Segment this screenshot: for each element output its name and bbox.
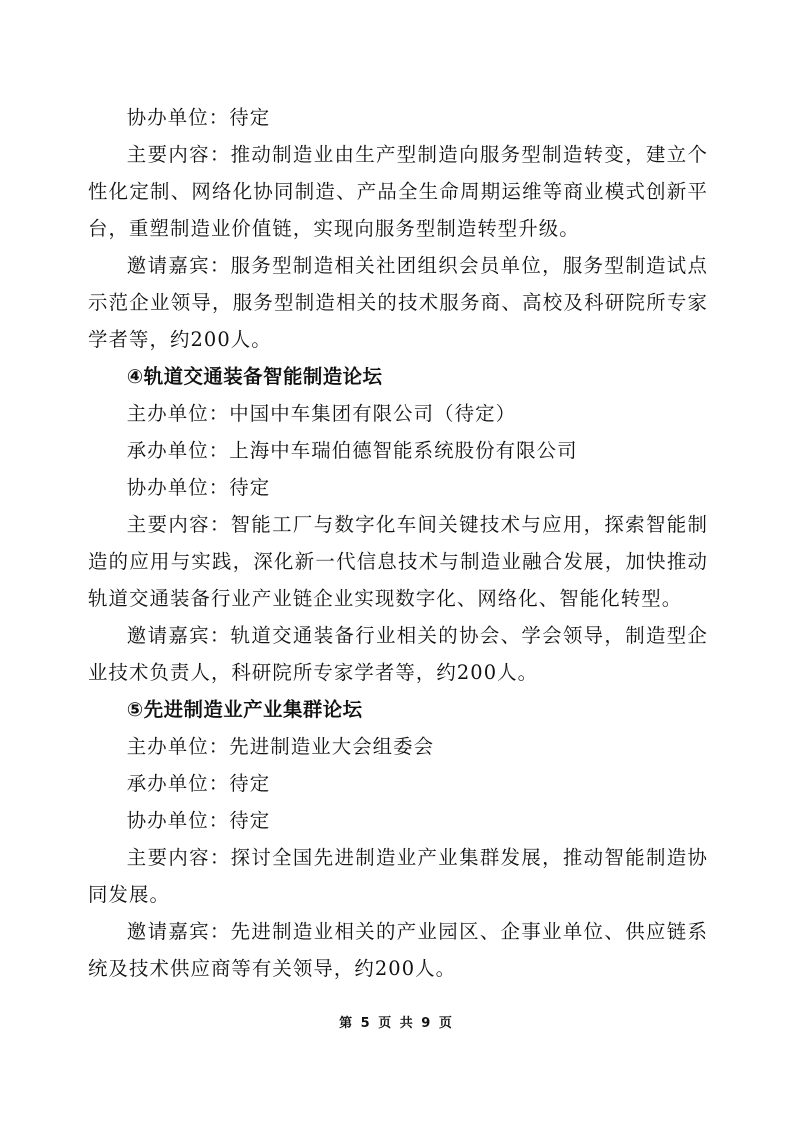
- organizer-line: 承办单位：上海中车瑞伯德智能系统股份有限公司: [88, 432, 708, 469]
- guests-paragraph: 邀请嘉宾：先进制造业相关的产业园区、企事业单位、供应链系统及技术供应商等有关领导…: [88, 913, 708, 987]
- co-organizer-line: 协办单位：待定: [88, 802, 708, 839]
- document-page: 协办单位：待定 主要内容：推动制造业由生产型制造向服务型制造转变，建立个性化定制…: [88, 99, 708, 987]
- section-heading-industrial-cluster: ⑤先进制造业产业集群论坛: [88, 691, 708, 728]
- co-organizer-line: 协办单位：待定: [88, 99, 708, 136]
- guests-paragraph: 邀请嘉宾：服务型制造相关社团组织会员单位，服务型制造试点示范企业领导，服务型制造…: [88, 247, 708, 358]
- host-line: 主办单位：中国中车集团有限公司（待定）: [88, 395, 708, 432]
- co-organizer-line: 协办单位：待定: [88, 469, 708, 506]
- content-paragraph: 主要内容：推动制造业由生产型制造向服务型制造转变，建立个性化定制、网络化协同制造…: [88, 136, 708, 247]
- host-line: 主办单位：先进制造业大会组委会: [88, 728, 708, 765]
- organizer-line: 承办单位：待定: [88, 765, 708, 802]
- guests-paragraph: 邀请嘉宾：轨道交通装备行业相关的协会、学会领导，制造型企业技术负责人，科研院所专…: [88, 617, 708, 691]
- content-paragraph: 主要内容：智能工厂与数字化车间关键技术与应用，探索智能制造的应用与实践，深化新一…: [88, 506, 708, 617]
- section-heading-rail-transit: ④轨道交通装备智能制造论坛: [88, 358, 708, 395]
- content-paragraph: 主要内容：探讨全国先进制造业产业集群发展，推动智能制造协同发展。: [88, 839, 708, 913]
- page-number-footer: 第 5 页 共 9 页: [0, 1012, 793, 1031]
